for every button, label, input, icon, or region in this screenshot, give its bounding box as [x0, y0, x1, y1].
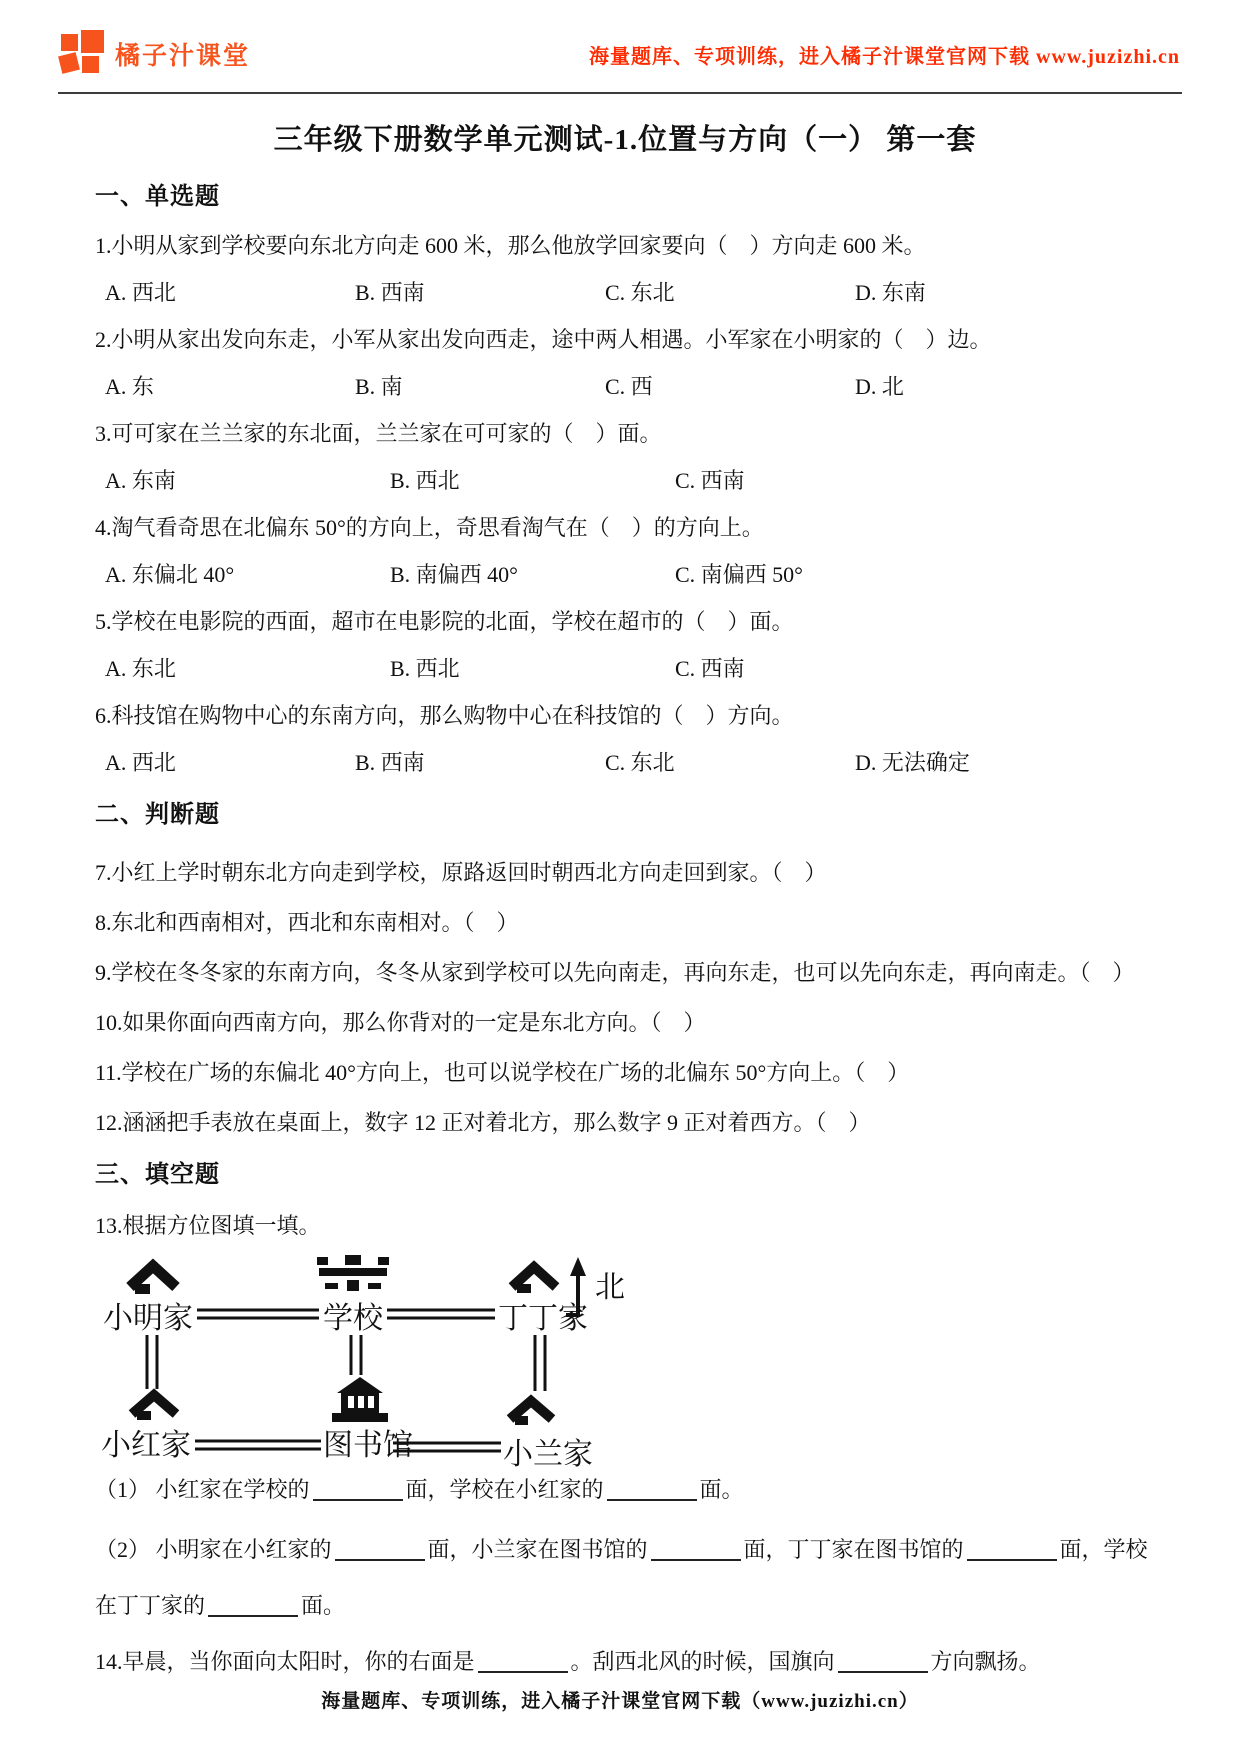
road-line — [387, 1310, 495, 1318]
option-a: A. 东南 — [105, 466, 390, 496]
section-heading-choice: 一、单选题 — [95, 180, 1155, 214]
question-6: 6.科技馆在购物中心的东南方向，那么购物中心在科技馆的（ ）方向。 — [95, 701, 1155, 731]
option-c: C. 西 — [605, 372, 855, 402]
page-title: 三年级下册数学单元测试-1.位置与方向（一） 第一套 — [95, 120, 1155, 160]
worksheet-body: 三年级下册数学单元测试-1.位置与方向（一） 第一套 一、单选题 1.小明从家到… — [0, 120, 1240, 1682]
fill-text: （1） 小红家在学校的 — [95, 1477, 310, 1502]
blank-line — [208, 1595, 298, 1617]
question-1-options: A. 西北 B. 西南 C. 东北 D. 东南 — [105, 278, 1155, 308]
question-14: 14.早晨，当你面向太阳时，你的右面是。刮西北风的时候，国旗向方向飘扬。 — [95, 1642, 1155, 1682]
question-6-options: A. 西北 B. 西南 C. 东北 D. 无法确定 — [105, 748, 1155, 778]
question-5-options: A. 东北 B. 西北 C. 西南 — [105, 654, 1155, 684]
option-b: B. 西北 — [390, 466, 675, 496]
question-1: 1.小明从家到学校要向东北方向走 600 米，那么他放学回家要向（ ）方向走 6… — [95, 231, 1155, 261]
question-5: 5.学校在电影院的西面，超市在电影院的北面，学校在超市的（ ）面。 — [95, 607, 1155, 637]
page-header: 橘子汁课堂 海量题库、专项训练，进入橘子汁课堂官网下载 www.juzizhi.… — [58, 0, 1182, 94]
option-c: C. 东北 — [605, 748, 855, 778]
fill-question-2: （2） 小明家在小红家的面，小兰家在图书馆的面，丁丁家在图书馆的面，学校在丁丁家… — [95, 1522, 1155, 1634]
header-promo-text: 海量题库、专项训练，进入橘子汁课堂官网下载 www.juzizhi.cn — [589, 40, 1180, 69]
question-3-options: A. 东南 B. 西北 C. 西南 — [105, 466, 1155, 496]
north-label: 北 — [595, 1271, 625, 1304]
option-a: A. 东北 — [105, 654, 390, 684]
option-b: B. 南偏西 40° — [390, 560, 675, 590]
dingding-home-label: 丁丁家 — [498, 1302, 588, 1335]
question-9: 9.学校在冬冬家的东南方向，冬冬从家到学校可以先向南走，再向东走，也可以先向东走… — [95, 958, 1155, 988]
school-icon — [317, 1255, 389, 1291]
direction-map: 北 小明家 学校 丁丁家 — [95, 1255, 1155, 1460]
road-line — [147, 1335, 157, 1389]
section-heading-judge: 二、判断题 — [95, 798, 1155, 832]
fill-text: 面，小兰家在图书馆的 — [428, 1537, 648, 1562]
question-7: 7.小红上学时朝东北方向走到学校，原路返回时朝西北方向走回到家。（ ） — [95, 858, 1155, 888]
option-c: C. 西南 — [675, 654, 1155, 684]
fill-text: 面，丁丁家在图书馆的 — [744, 1537, 964, 1562]
question-3: 3.可可家在兰兰家的东北面，兰兰家在可可家的（ ）面。 — [95, 419, 1155, 449]
option-b: B. 南 — [355, 372, 605, 402]
fill-text: 14.早晨，当你面向太阳时，你的右面是 — [95, 1649, 475, 1674]
worksheet-page: 橘子汁课堂 海量题库、专项训练，进入橘子汁课堂官网下载 www.juzizhi.… — [0, 0, 1240, 1754]
house-icon — [130, 1266, 176, 1294]
fill-text: 面。 — [301, 1593, 345, 1618]
option-b: B. 西南 — [355, 278, 605, 308]
option-d: D. 东南 — [855, 278, 1155, 308]
question-8: 8.东北和西南相对，西北和东南相对。（ ） — [95, 908, 1155, 938]
house-icon — [512, 1267, 556, 1293]
option-a: A. 西北 — [105, 278, 355, 308]
fill-text: 方向飘扬。 — [931, 1649, 1041, 1674]
blank-line — [651, 1539, 741, 1561]
option-c: C. 南偏西 50° — [675, 560, 1155, 590]
road-line — [197, 1310, 319, 1318]
xiaolan-home-label: 小兰家 — [503, 1438, 593, 1470]
brand-logo: 橘子汁课堂 — [60, 30, 250, 78]
direction-map-svg: 北 小明家 学校 丁丁家 — [95, 1255, 640, 1470]
fill-text: 面，学校在小红家的 — [406, 1477, 604, 1502]
blank-line — [967, 1539, 1057, 1561]
xiaoming-home-label: 小明家 — [103, 1302, 193, 1335]
question-2-options: A. 东 B. 南 C. 西 D. 北 — [105, 372, 1155, 402]
option-d: D. 无法确定 — [855, 748, 1155, 778]
option-a: A. 东 — [105, 372, 355, 402]
blank-line — [838, 1651, 928, 1673]
fill-question-1: （1） 小红家在学校的面，学校在小红家的面。 — [95, 1470, 1155, 1510]
option-a: A. 西北 — [105, 748, 355, 778]
question-10: 10.如果你面向西南方向，那么你背对的一定是东北方向。（ ） — [95, 1008, 1155, 1038]
question-11: 11.学校在广场的东偏北 40°方向上，也可以说学校在广场的北偏东 50°方向上… — [95, 1058, 1155, 1088]
question-2: 2.小明从家出发向东走，小军从家出发向西走，途中两人相遇。小军家在小明家的（ ）… — [95, 325, 1155, 355]
house-icon — [510, 1401, 552, 1425]
question-4: 4.淘气看奇思在北偏东 50°的方向上，奇思看淘气在（ ）的方向上。 — [95, 513, 1155, 543]
house-icon — [132, 1395, 176, 1420]
road-line — [351, 1335, 361, 1375]
xiaohong-home-label: 小红家 — [101, 1429, 191, 1462]
question-12: 12.涵涵把手表放在桌面上，数字 12 正对着北方，那么数字 9 正对着西方。（… — [95, 1108, 1155, 1138]
option-a: A. 东偏北 40° — [105, 560, 390, 590]
option-d: D. 北 — [855, 372, 1155, 402]
blank-line — [335, 1539, 425, 1561]
orange-squares-logo-icon — [60, 30, 106, 78]
option-c: C. 西南 — [675, 466, 1155, 496]
library-icon — [332, 1377, 388, 1422]
road-line — [195, 1441, 321, 1449]
question-13: 13.根据方位图填一填。 — [95, 1211, 1155, 1241]
option-c: C. 东北 — [605, 278, 855, 308]
fill-text: （2） 小明家在小红家的 — [95, 1537, 332, 1562]
library-label: 图书馆 — [323, 1429, 413, 1462]
blank-line — [478, 1651, 568, 1673]
footer-promo-text: 海量题库、专项训练，进入橘子汁课堂官网下载（www.juzizhi.cn） — [0, 1686, 1240, 1713]
option-b: B. 西北 — [390, 654, 675, 684]
option-b: B. 西南 — [355, 748, 605, 778]
fill-text: 。刮西北风的时候，国旗向 — [571, 1649, 835, 1674]
school-label: 学校 — [323, 1302, 384, 1335]
blank-line — [607, 1479, 697, 1501]
section-heading-fill: 三、填空题 — [95, 1158, 1155, 1192]
blank-line — [313, 1479, 403, 1501]
question-4-options: A. 东偏北 40° B. 南偏西 40° C. 南偏西 50° — [105, 560, 1155, 590]
brand-name: 橘子汁课堂 — [115, 36, 250, 72]
fill-text: 面。 — [700, 1477, 744, 1502]
road-line — [535, 1335, 545, 1391]
